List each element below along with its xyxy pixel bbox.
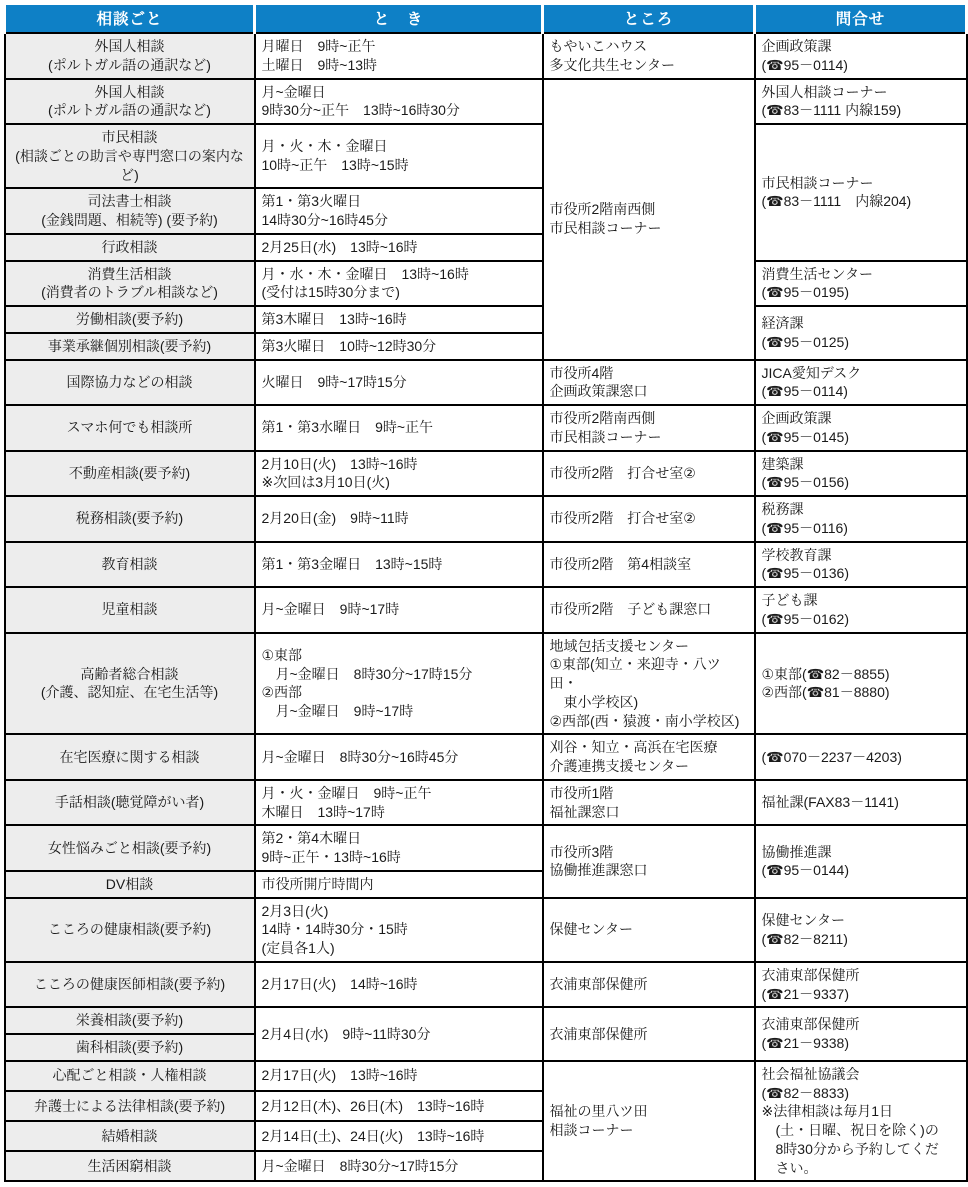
contact-cell: 外国人相談コーナー (☎83－1111 内線159) bbox=[755, 79, 967, 125]
consultation-name-cell: 歯科相談(要予約) bbox=[5, 1034, 255, 1061]
place-cell: 地域包括支援センター ①東部(知立・来迎寺・八ツ田・ 東小学校区) ②西部(西・… bbox=[543, 633, 755, 735]
time-cell: 第2・第4木曜日 9時~正午・13時~16時 bbox=[255, 825, 543, 871]
contact-cell: 企画政策課 (☎95－0114) bbox=[755, 33, 967, 79]
table-row: 市民相談 (相談ごとの助言や専門窓口の案内など)月・火・木・金曜日 10時~正午… bbox=[5, 124, 967, 188]
consultation-name-cell: 女性悩みごと相談(要予約) bbox=[5, 825, 255, 871]
contact-cell: 市民相談コーナー (☎83－1111 内線204) bbox=[755, 124, 967, 261]
table-body: 外国人相談 (ポルトガル語の通訳など)月曜日 9時~正午 土曜日 9時~13時も… bbox=[5, 33, 967, 1181]
consultation-name-cell: DV相談 bbox=[5, 871, 255, 898]
header-place: ところ bbox=[543, 4, 755, 34]
consultation-name-cell: 税務相談(要予約) bbox=[5, 496, 255, 542]
time-cell: 市役所開庁時間内 bbox=[255, 871, 543, 898]
table-row: 労働相談(要予約)第3木曜日 13時~16時経済課 (☎95－0125) bbox=[5, 306, 967, 333]
consultation-name-cell: 外国人相談 (ポルトガル語の通訳など) bbox=[5, 33, 255, 79]
consultation-name-cell: 弁護士による法律相談(要予約) bbox=[5, 1091, 255, 1121]
time-cell: 第1・第3火曜日 14時30分~16時45分 bbox=[255, 188, 543, 234]
time-cell: 2月25日(水) 13時~16時 bbox=[255, 234, 543, 261]
time-cell: ①東部 月~金曜日 8時30分~17時15分 ②西部 月~金曜日 9時~17時 bbox=[255, 633, 543, 735]
consultation-name-cell: 国際協力などの相談 bbox=[5, 360, 255, 406]
time-cell: 第1・第3水曜日 9時~正午 bbox=[255, 405, 543, 451]
place-cell: 市役所2階 第4相談室 bbox=[543, 542, 755, 588]
contact-cell: 学校教育課 (☎95－0136) bbox=[755, 542, 967, 588]
table-row: 手話相談(聴覚障がい者)月・火・金曜日 9時~正午 木曜日 13時~17時市役所… bbox=[5, 780, 967, 826]
consultation-name-cell: 高齢者総合相談 (介護、認知症、在宅生活等) bbox=[5, 633, 255, 735]
table-row: こころの健康相談(要予約)2月3日(火) 14時・14時30分・15時 (定員各… bbox=[5, 898, 967, 962]
table-row: 教育相談第1・第3金曜日 13時~15時市役所2階 第4相談室学校教育課 (☎9… bbox=[5, 542, 967, 588]
place-cell: 保健センター bbox=[543, 898, 755, 962]
contact-cell: JICA愛知デスク (☎95－0114) bbox=[755, 360, 967, 406]
contact-cell: 社会福祉協議会 (☎82－8833) ※法律相談は毎月1日 (土・日曜、祝日を除… bbox=[755, 1061, 967, 1182]
contact-cell: 企画政策課 (☎95－0145) bbox=[755, 405, 967, 451]
time-cell: 月~金曜日 9時~17時 bbox=[255, 587, 543, 633]
contact-cell: 衣浦東部保健所 (☎21－9338) bbox=[755, 1007, 967, 1061]
consultation-name-cell: 手話相談(聴覚障がい者) bbox=[5, 780, 255, 826]
contact-cell: 経済課 (☎95－0125) bbox=[755, 306, 967, 360]
place-cell: 市役所1階 福祉課窓口 bbox=[543, 780, 755, 826]
contact-cell: ①東部(☎82－8855) ②西部(☎81－8880) bbox=[755, 633, 967, 735]
time-cell: 2月17日(火) 13時~16時 bbox=[255, 1061, 543, 1091]
table-row: 在宅医療に関する相談月~金曜日 8時30分~16時45分刈谷・知立・高浜在宅医療… bbox=[5, 734, 967, 780]
table-row: 消費生活相談 (消費者のトラブル相談など)月・水・木・金曜日 13時~16時 (… bbox=[5, 261, 967, 307]
contact-cell: 建築課 (☎95－0156) bbox=[755, 451, 967, 497]
table-row: こころの健康医師相談(要予約)2月17日(火) 14時~16時衣浦東部保健所衣浦… bbox=[5, 962, 967, 1008]
consultation-name-cell: 心配ごと相談・人権相談 bbox=[5, 1061, 255, 1091]
consultation-name-cell: 在宅医療に関する相談 bbox=[5, 734, 255, 780]
table-row: 栄養相談(要予約)2月4日(水) 9時~11時30分衣浦東部保健所衣浦東部保健所… bbox=[5, 1007, 967, 1034]
consultation-table: 相談ごと と き ところ 問合せ 外国人相談 (ポルトガル語の通訳など)月曜日 … bbox=[3, 2, 968, 1182]
place-cell: 福祉の里八ツ田 相談コーナー bbox=[543, 1061, 755, 1182]
time-cell: 月曜日 9時~正午 土曜日 9時~13時 bbox=[255, 33, 543, 79]
time-cell: 2月10日(火) 13時~16時 ※次回は3月10日(火) bbox=[255, 451, 543, 497]
consultation-name-cell: 市民相談 (相談ごとの助言や専門窓口の案内など) bbox=[5, 124, 255, 188]
table-row: 外国人相談 (ポルトガル語の通訳など)月~金曜日 9時30分~正午 13時~16… bbox=[5, 79, 967, 125]
consultation-name-cell: 児童相談 bbox=[5, 587, 255, 633]
time-cell: 月・火・金曜日 9時~正午 木曜日 13時~17時 bbox=[255, 780, 543, 826]
consultation-name-cell: こころの健康相談(要予約) bbox=[5, 898, 255, 962]
time-cell: 2月4日(水) 9時~11時30分 bbox=[255, 1007, 543, 1061]
table-row: 女性悩みごと相談(要予約)第2・第4木曜日 9時~正午・13時~16時市役所3階… bbox=[5, 825, 967, 871]
consultation-name-cell: 結婚相談 bbox=[5, 1121, 255, 1151]
consultation-name-cell: 不動産相談(要予約) bbox=[5, 451, 255, 497]
place-cell: 市役所2階南西側 市民相談コーナー bbox=[543, 405, 755, 451]
header-contact: 問合せ bbox=[755, 4, 967, 34]
table-row: 不動産相談(要予約)2月10日(火) 13時~16時 ※次回は3月10日(火)市… bbox=[5, 451, 967, 497]
time-cell: 火曜日 9時~17時15分 bbox=[255, 360, 543, 406]
time-cell: 月・水・木・金曜日 13時~16時 (受付は15時30分まで) bbox=[255, 261, 543, 307]
place-cell: 市役所2階 打合せ室② bbox=[543, 496, 755, 542]
header-time: と き bbox=[255, 4, 543, 34]
header-row: 相談ごと と き ところ 問合せ bbox=[5, 4, 967, 34]
contact-cell: 税務課 (☎95－0116) bbox=[755, 496, 967, 542]
contact-cell: 保健センター (☎82－8211) bbox=[755, 898, 967, 962]
time-cell: 月~金曜日 8時30分~17時15分 bbox=[255, 1151, 543, 1181]
consultation-name-cell: こころの健康医師相談(要予約) bbox=[5, 962, 255, 1008]
time-cell: 2月3日(火) 14時・14時30分・15時 (定員各1人) bbox=[255, 898, 543, 962]
table-row: 国際協力などの相談火曜日 9時~17時15分市役所4階 企画政策課窓口JICA愛… bbox=[5, 360, 967, 406]
consultation-name-cell: 外国人相談 (ポルトガル語の通訳など) bbox=[5, 79, 255, 125]
contact-cell: 子ども課 (☎95－0162) bbox=[755, 587, 967, 633]
time-cell: 第1・第3金曜日 13時~15時 bbox=[255, 542, 543, 588]
place-cell: 衣浦東部保健所 bbox=[543, 1007, 755, 1061]
contact-cell: 衣浦東部保健所 (☎21－9337) bbox=[755, 962, 967, 1008]
time-cell: 月~金曜日 8時30分~16時45分 bbox=[255, 734, 543, 780]
place-cell: 市役所3階 協働推進課窓口 bbox=[543, 825, 755, 897]
contact-cell: (☎070－2237－4203) bbox=[755, 734, 967, 780]
place-cell: もやいこハウス 多文化共生センター bbox=[543, 33, 755, 79]
time-cell: 2月17日(火) 14時~16時 bbox=[255, 962, 543, 1008]
place-cell: 刈谷・知立・高浜在宅医療 介護連携支援センター bbox=[543, 734, 755, 780]
table-row: 児童相談月~金曜日 9時~17時市役所2階 子ども課窓口子ども課 (☎95－01… bbox=[5, 587, 967, 633]
time-cell: 2月12日(木)、26日(木) 13時~16時 bbox=[255, 1091, 543, 1121]
time-cell: 2月20日(金) 9時~11時 bbox=[255, 496, 543, 542]
time-cell: 月・火・木・金曜日 10時~正午 13時~15時 bbox=[255, 124, 543, 188]
header-consultation: 相談ごと bbox=[5, 4, 255, 34]
time-cell: 月~金曜日 9時30分~正午 13時~16時30分 bbox=[255, 79, 543, 125]
consultation-name-cell: 司法書士相談 (金銭問題、相続等) (要予約) bbox=[5, 188, 255, 234]
table-row: スマホ何でも相談所第1・第3水曜日 9時~正午市役所2階南西側 市民相談コーナー… bbox=[5, 405, 967, 451]
consultation-name-cell: 行政相談 bbox=[5, 234, 255, 261]
contact-cell: 福祉課(FAX83－1141) bbox=[755, 780, 967, 826]
place-cell: 市役所2階 子ども課窓口 bbox=[543, 587, 755, 633]
consultation-name-cell: スマホ何でも相談所 bbox=[5, 405, 255, 451]
place-cell: 市役所2階南西側 市民相談コーナー bbox=[543, 79, 755, 360]
consultation-name-cell: 教育相談 bbox=[5, 542, 255, 588]
consultation-name-cell: 労働相談(要予約) bbox=[5, 306, 255, 333]
time-cell: 2月14日(土)、24日(火) 13時~16時 bbox=[255, 1121, 543, 1151]
consultation-name-cell: 消費生活相談 (消費者のトラブル相談など) bbox=[5, 261, 255, 307]
contact-cell: 消費生活センター (☎95－0195) bbox=[755, 261, 967, 307]
table-row: 高齢者総合相談 (介護、認知症、在宅生活等)①東部 月~金曜日 8時30分~17… bbox=[5, 633, 967, 735]
contact-cell: 協働推進課 (☎95－0144) bbox=[755, 825, 967, 897]
consultation-name-cell: 栄養相談(要予約) bbox=[5, 1007, 255, 1034]
place-cell: 市役所4階 企画政策課窓口 bbox=[543, 360, 755, 406]
consultation-name-cell: 事業承継個別相談(要予約) bbox=[5, 333, 255, 360]
place-cell: 衣浦東部保健所 bbox=[543, 962, 755, 1008]
table-row: 外国人相談 (ポルトガル語の通訳など)月曜日 9時~正午 土曜日 9時~13時も… bbox=[5, 33, 967, 79]
table-row: 心配ごと相談・人権相談2月17日(火) 13時~16時福祉の里八ツ田 相談コーナ… bbox=[5, 1061, 967, 1091]
place-cell: 市役所2階 打合せ室② bbox=[543, 451, 755, 497]
time-cell: 第3火曜日 10時~12時30分 bbox=[255, 333, 543, 360]
time-cell: 第3木曜日 13時~16時 bbox=[255, 306, 543, 333]
consultation-name-cell: 生活困窮相談 bbox=[5, 1151, 255, 1181]
table-row: 税務相談(要予約)2月20日(金) 9時~11時市役所2階 打合せ室②税務課 (… bbox=[5, 496, 967, 542]
